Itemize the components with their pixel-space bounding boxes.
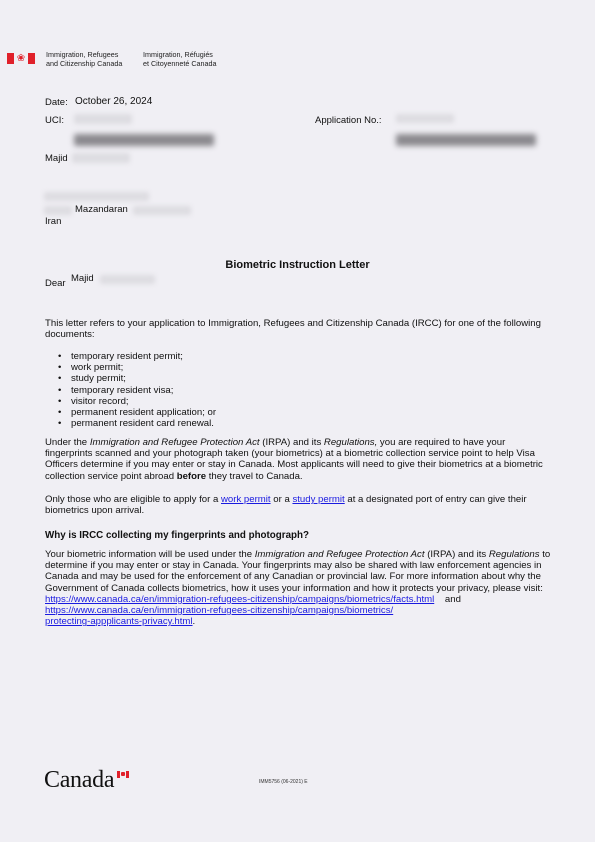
- dept-en-line2: and Citizenship Canada: [46, 60, 122, 69]
- text: .: [193, 616, 196, 627]
- list-item: work permit;: [45, 362, 216, 373]
- redacted-address-city: [44, 206, 72, 215]
- privacy-link[interactable]: https://www.canada.ca/en/immigration-ref…: [45, 605, 393, 627]
- text: Only those who are eligible to apply for…: [45, 494, 221, 505]
- address-country: Iran: [45, 216, 61, 228]
- privacy-link-part2[interactable]: protecting-appplicants-privacy.html: [45, 616, 193, 627]
- text: and: [434, 594, 461, 605]
- privacy-link-part1[interactable]: https://www.canada.ca/en/immigration-ref…: [45, 605, 393, 616]
- list-item: permanent resident card renewal.: [45, 418, 216, 429]
- redacted-uci: [74, 114, 132, 124]
- application-number-label: Application No.:: [315, 115, 382, 127]
- salutation-name: Majid: [71, 273, 94, 285]
- text: (IRPA) and its: [425, 549, 489, 560]
- letter-title: Biometric Instruction Letter: [0, 259, 595, 271]
- wordmark-flag-icon: [117, 771, 129, 778]
- work-permit-link[interactable]: work permit: [221, 494, 271, 505]
- text: Your biometric information will be used …: [45, 549, 255, 560]
- text: Under the: [45, 437, 90, 448]
- redacted-surname: [72, 153, 130, 163]
- date-label: Date:: [45, 97, 68, 109]
- redacted-address-line1: [44, 192, 149, 201]
- act-name: Immigration and Refugee Protection Act: [255, 549, 425, 560]
- list-item: visitor record;: [45, 396, 216, 407]
- documents-list: temporary resident permit; work permit; …: [45, 351, 216, 429]
- list-item: study permit;: [45, 373, 216, 384]
- regulations: Regulations,: [324, 437, 377, 448]
- regulations: Regulations: [489, 549, 540, 560]
- address-region: Mazandaran: [75, 204, 128, 216]
- canada-wordmark: Canada: [44, 768, 114, 792]
- list-item: temporary resident permit;: [45, 351, 216, 362]
- redacted-postal-code: [133, 206, 191, 215]
- section-heading: Why is IRCC collecting my fingerprints a…: [45, 530, 309, 541]
- canada-flag-icon: ❀: [7, 53, 35, 64]
- list-item: permanent resident application; or: [45, 407, 216, 418]
- department-name-english: Immigration, Refugees and Citizenship Ca…: [46, 51, 122, 68]
- text: or a: [271, 494, 293, 505]
- emphasis-before: before: [177, 471, 206, 482]
- act-name: Immigration and Refugee Protection Act: [90, 437, 260, 448]
- biometrics-facts-link[interactable]: https://www.canada.ca/en/immigration-ref…: [45, 594, 434, 605]
- irpa-paragraph: Under the Immigration and Refugee Protec…: [45, 437, 555, 482]
- text: (IRPA) and its: [260, 437, 324, 448]
- date-value: October 26, 2024: [75, 96, 152, 108]
- text: they travel to Canada.: [206, 471, 303, 482]
- list-item: temporary resident visa;: [45, 385, 216, 396]
- dept-fr-line2: et Citoyenneté Canada: [143, 60, 217, 69]
- recipient-first-name: Majid: [45, 153, 68, 165]
- port-of-entry-paragraph: Only those who are eligible to apply for…: [45, 494, 555, 516]
- redacted-application-number: [396, 114, 454, 123]
- salutation: Dear: [45, 278, 66, 290]
- intro-paragraph: This letter refers to your application t…: [45, 318, 555, 340]
- department-name-french: Immigration, Réfugiés et Citoyenneté Can…: [143, 51, 217, 68]
- redacted-line: [74, 134, 214, 146]
- redacted-salutation-surname: [100, 275, 155, 284]
- form-number: IMM5756 (06-2021) E: [259, 779, 308, 785]
- redacted-line: [396, 134, 536, 146]
- uci-label: UCI:: [45, 115, 64, 127]
- study-permit-link[interactable]: study permit: [292, 494, 344, 505]
- biometrics-use-paragraph: Your biometric information will be used …: [45, 549, 555, 627]
